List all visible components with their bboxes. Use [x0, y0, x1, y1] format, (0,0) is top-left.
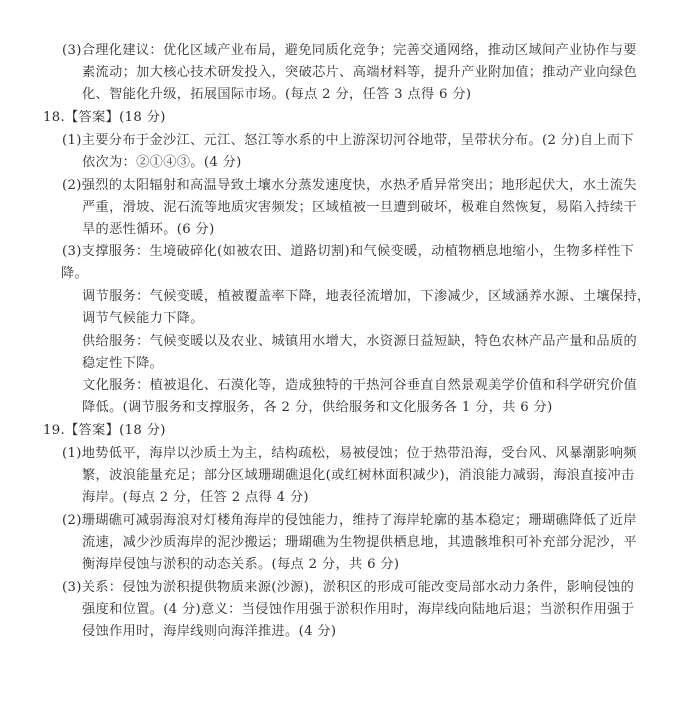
q18-item3-sub-line-2: 调节气候能力下降。 [82, 310, 204, 328]
q18-item3-sub-line-3: 供给服务：气候变暖以及农业、城镇用水增大，水资源日益短缺，特色农林产品产量和品质… [82, 333, 637, 351]
item-label: (3) [62, 243, 82, 261]
item-label: (2) [62, 512, 82, 530]
q18-heading: 18.【答案】(18 分) [43, 109, 166, 127]
answer-key-page: (3)合理化建议：优化区域产业布局，避免同质化竞争；完善交通网络，推动区域间产业… [0, 0, 689, 705]
item-label: (1) [62, 445, 82, 463]
text: 强烈的太阳辐射和高温导致土壤水分蒸发速度快，水热矛盾异常突出；地形起伏大，水土流… [82, 178, 637, 193]
q18-item1-line-1: (1)主要分布于金沙江、元江、怒江等水系的中上游深切河谷地带，呈带状分布。(2 … [62, 132, 634, 150]
text: 关系：侵蚀为淤积提供物质来源(沙源)，淤积区的形成可能改变局部水动力条件，影响侵… [82, 580, 635, 595]
q18-item3-sub-line-4: 稳定性下降。 [82, 355, 163, 373]
text: 支撑服务：生境破碎化(如被农田、道路切割)和气候变暖，动植物栖息地缩小，生物多样… [82, 244, 635, 259]
prev-item3-line-3: 化、智能化升级，拓展国际市场。(每点 2 分，任答 3 点得 6 分) [82, 86, 471, 104]
q19-item3-line-1: (3)关系：侵蚀为淤积提供物质来源(沙源)，淤积区的形成可能改变局部水动力条件，… [62, 579, 634, 597]
q18-item2-line-2: 严重，滑坡、泥石流等地质灾害频发；区域植被一旦遭到破坏，极难自然恢复，易陷入持续… [82, 199, 637, 217]
q18-item3-line-1: (3)支撑服务：生境破碎化(如被农田、道路切割)和气候变暖，动植物栖息地缩小，生… [62, 243, 634, 261]
q19-item1-line-1: (1)地势低平，海岸以沙质土为主，结构疏松，易被侵蚀；位于热带沿海，受台风、风暴… [62, 445, 637, 463]
item-label: (2) [62, 177, 82, 195]
q18-item3-line-2: 降。 [61, 265, 88, 283]
text: 地势低平，海岸以沙质土为主，结构疏松，易被侵蚀；位于热带沿海，受台风、风暴潮影响… [82, 446, 637, 461]
q18-item2-line-1: (2)强烈的太阳辐射和高温导致土壤水分蒸发速度快，水热矛盾异常突出；地形起伏大，… [62, 177, 637, 195]
q18-item1-line-2: 依次为：②①④③。(4 分) [82, 154, 242, 172]
q19-item2-line-3: 衡海岸侵蚀与淤积的动态关系。(每点 2 分，共 6 分) [82, 556, 399, 574]
q19-item3-line-2: 强度和位置。(4 分)意义：当侵蚀作用强于淤积作用时，海岸线向陆地后退；当淤积作… [82, 601, 634, 619]
item-label: (3) [62, 42, 82, 60]
q19-item1-line-2: 繁，波浪能量充足；部分区域珊瑚礁退化(或红树林面积减少)，消浪能力减弱，海浪直接… [82, 467, 635, 485]
q19-heading: 19.【答案】(18 分) [43, 422, 166, 440]
q18-item3-sub-line-1: 调节服务：气候变暖，植被覆盖率下降，地表径流增加，下渗减少，区域涵养水源、土壤保… [82, 288, 651, 306]
text: 合理化建议：优化区域产业布局，避免同质化竞争；完善交通网络，推动区域间产业协作与… [82, 43, 637, 58]
prev-item3-line-2: 素流动；加大核心技术研发投入，突破芯片、高端材料等，提升产业附加值；推动产业向绿… [82, 64, 637, 82]
prev-item3-line-1: (3)合理化建议：优化区域产业布局，避免同质化竞争；完善交通网络，推动区域间产业… [62, 42, 637, 60]
q19-item3-line-3: 侵蚀作用时，海岸线则向海洋推进。(4 分) [82, 623, 336, 641]
q18-item3-sub-line-6: 降低。(调节服务和支撑服务，各 2 分，供给服务和文化服务各 1 分，共 6 分… [82, 399, 553, 417]
text: 主要分布于金沙江、元江、怒江等水系的中上游深切河谷地带，呈带状分布。(2 分)自… [82, 133, 634, 148]
text: 珊瑚礁可减弱海浪对灯楼角海岸的侵蚀能力，维持了海岸轮廓的基本稳定；珊瑚礁降低了近… [82, 513, 637, 528]
q19-item1-line-3: 海岸。(每点 2 分，任答 2 点得 4 分) [82, 489, 309, 507]
q18-item3-sub-line-5: 文化服务：植被退化、石漠化等，造成独特的干热河谷垂直自然景观美学价值和科学研究价… [82, 377, 637, 395]
item-label: (1) [62, 132, 82, 150]
q19-item2-line-1: (2)珊瑚礁可减弱海浪对灯楼角海岸的侵蚀能力，维持了海岸轮廓的基本稳定；珊瑚礁降… [62, 512, 637, 530]
q19-item2-line-2: 流速，减少沙质海岸的泥沙搬运；珊瑚礁为生物提供栖息地，其遗骸堆积可补充部分泥沙，… [82, 534, 637, 552]
item-label: (3) [62, 579, 82, 597]
q18-item2-line-3: 旱的恶性循环。(6 分) [82, 221, 215, 239]
